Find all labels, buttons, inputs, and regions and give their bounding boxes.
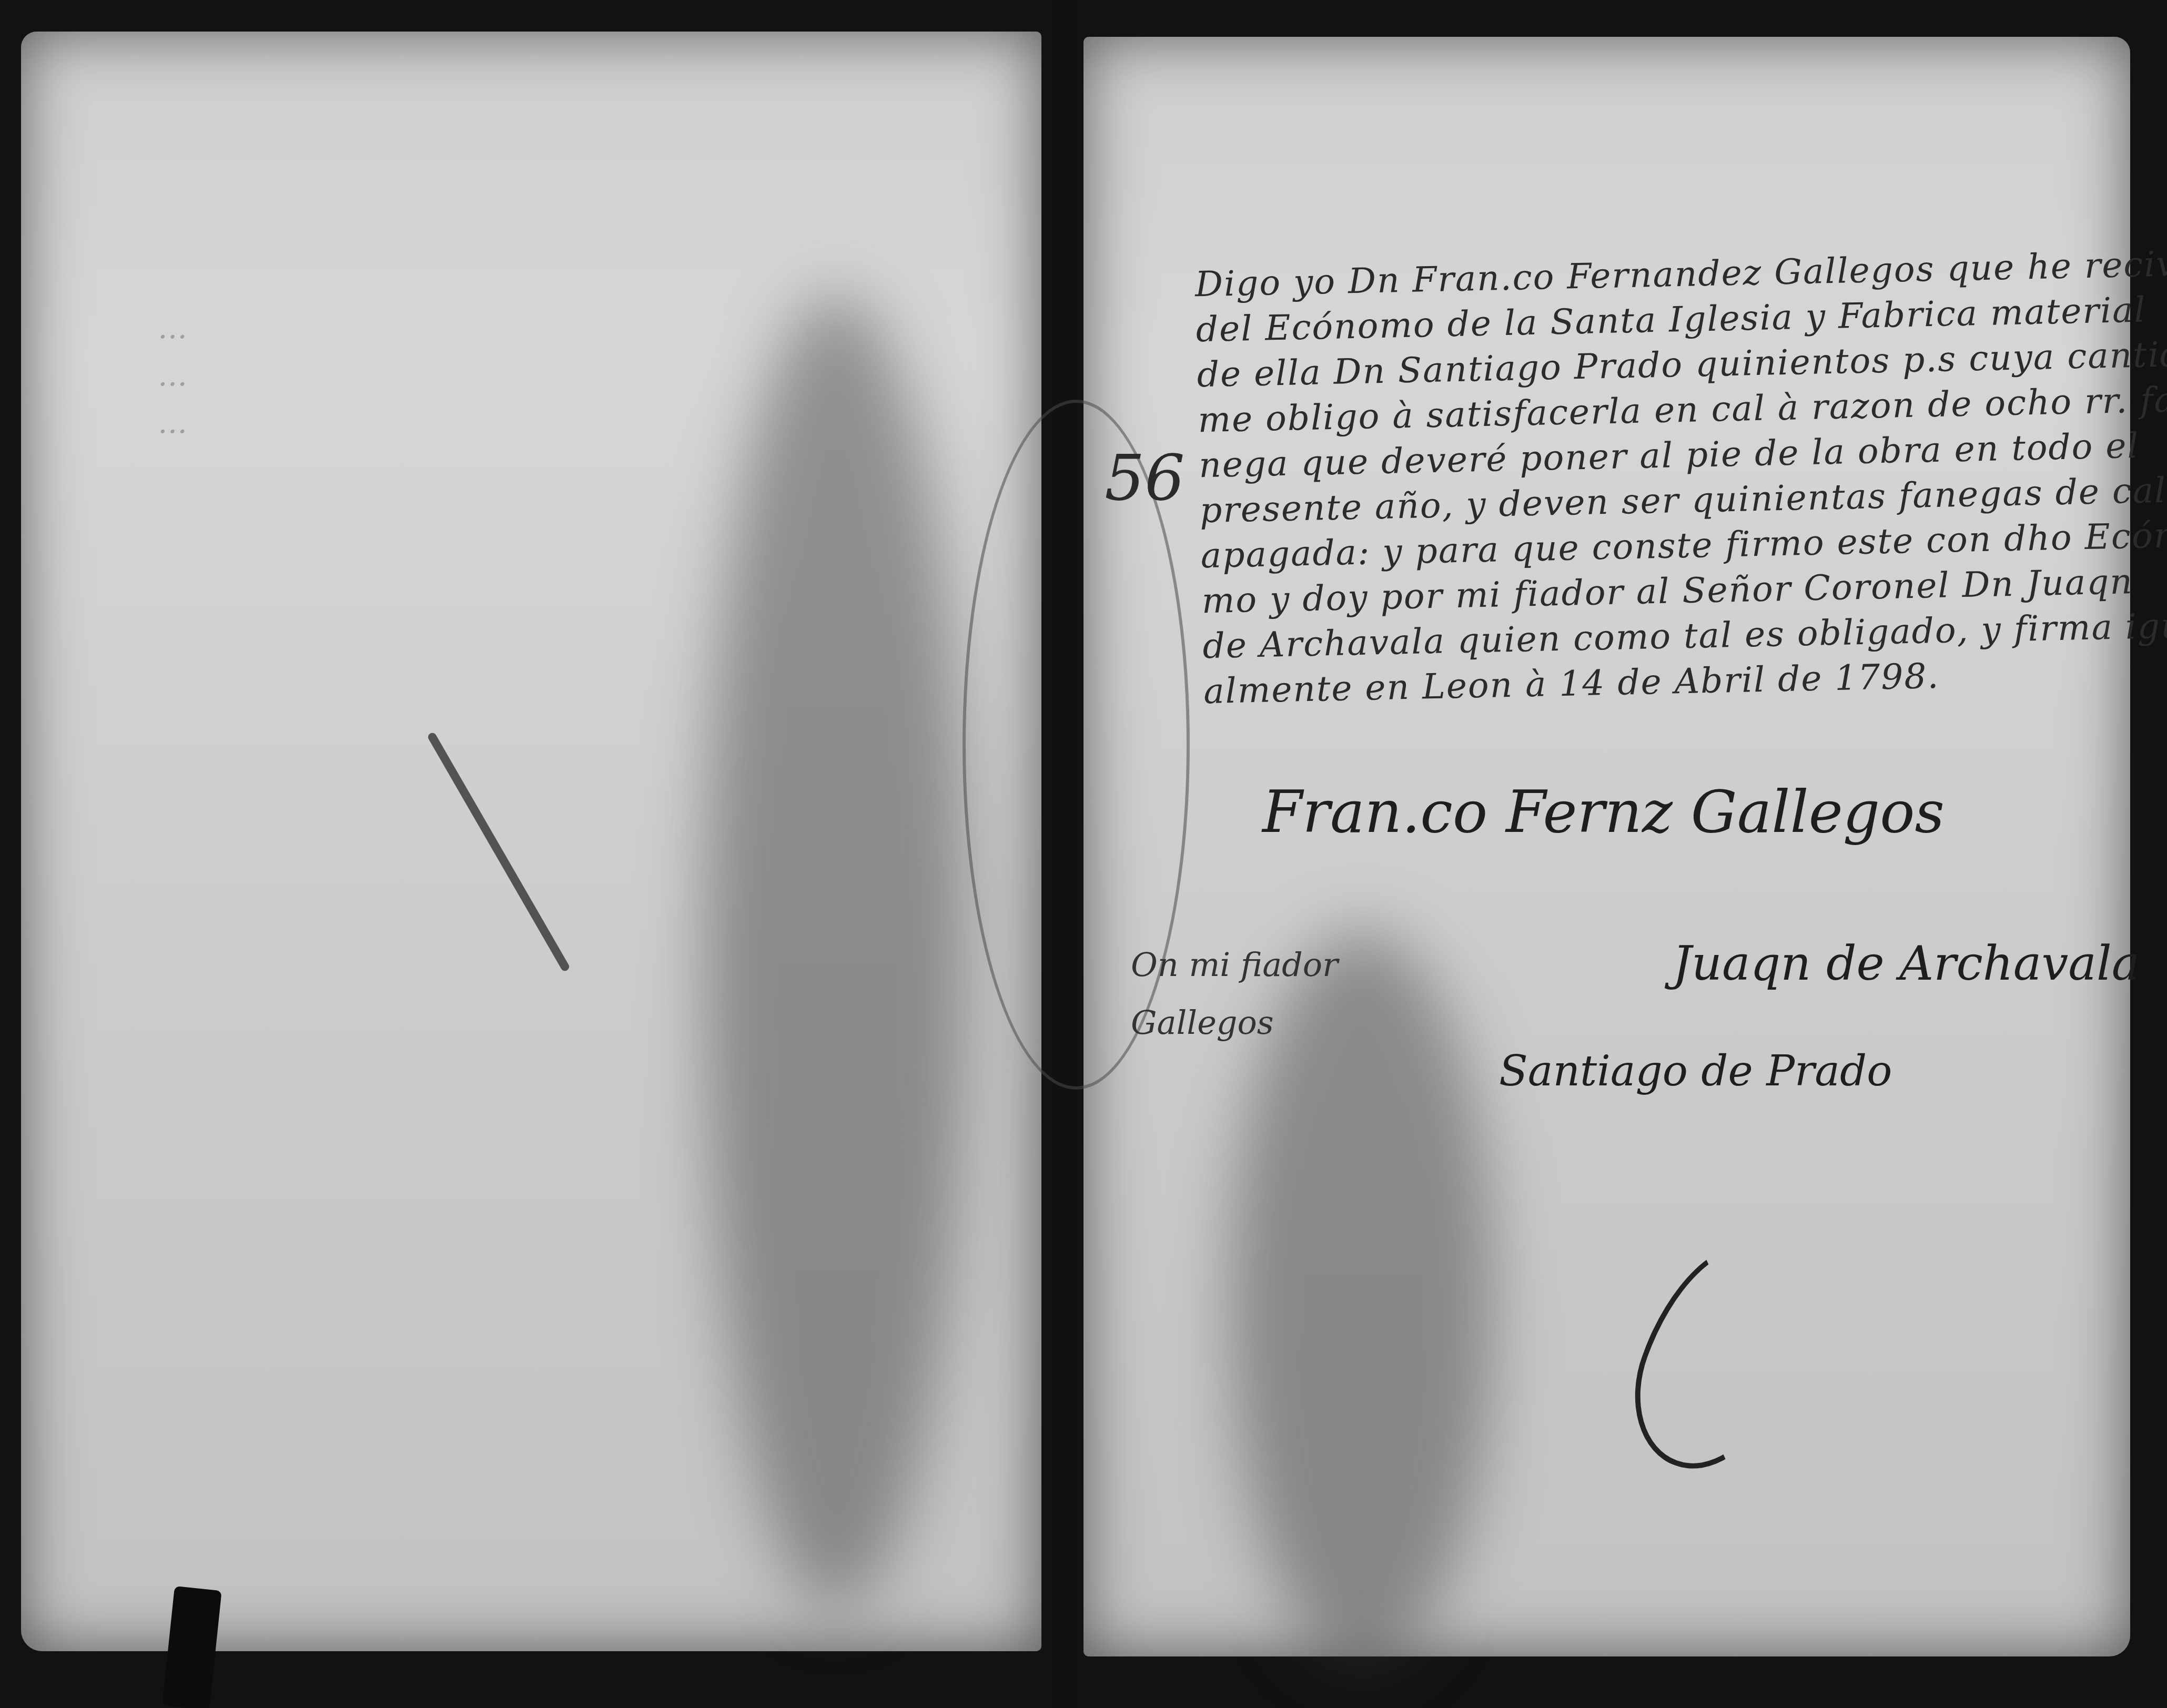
signature-prado: Santiago de Prado xyxy=(1499,1046,1892,1095)
faded-line: … xyxy=(158,400,894,447)
margin-note-line: Gallegos xyxy=(1131,994,1338,1052)
ink-stroke-mark xyxy=(427,731,571,972)
book-spread: … … … 56 Digo yo Dn Fran.co Fernandez Ga… xyxy=(0,0,2167,1708)
manuscript-body: Digo yo Dn Fran.co Fernandez Gallegos qu… xyxy=(1194,243,2119,714)
margin-note-line: On mi fiador xyxy=(1131,936,1338,994)
signature-gallegos: Fran.co Fernz Gallegos xyxy=(1262,778,1945,846)
signature-archavala: Juaqn de Archavala xyxy=(1673,936,2140,991)
left-page: … … … xyxy=(21,32,1041,1651)
folio-number: 56 xyxy=(1105,442,1185,515)
faded-line: … xyxy=(158,305,894,352)
margin-note: On mi fiador Gallegos xyxy=(1131,936,1338,1052)
faded-line: … xyxy=(158,352,894,400)
bleedthrough-text: … … … xyxy=(158,305,894,447)
water-stain xyxy=(705,294,968,1609)
